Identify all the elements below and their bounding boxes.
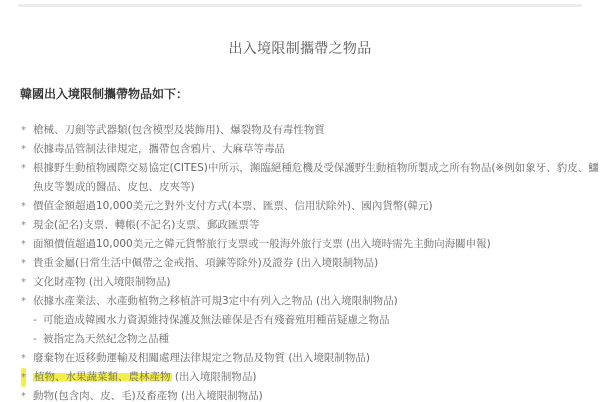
- restricted-items-list: * 槍械、刀劍等武器類(包含模型及裝飾用)、爆裂物及有毒性物質 * 依據毒品管制…: [0, 121, 600, 402]
- sub-item-natural-monument: - 被指定為天然紀念物之品種: [0, 330, 600, 349]
- bullet-icon: *: [21, 387, 26, 402]
- item-text: 依據水產業法、水產動植物之移植許可規3定中有列入之物品 (出入境限制物品): [33, 295, 398, 307]
- bullet-icon: *: [21, 121, 26, 140]
- list-item-narcotics: * 依據毒品管制法律規定，攜帶包含鴉片、大麻草等毒品: [0, 140, 600, 159]
- list-item-cultural-property: * 文化財產物 (出入境限制物品): [0, 273, 600, 292]
- bullet-icon: *: [21, 368, 26, 387]
- item-text: 根據野生動植物國際交易協定(CITES)中所示，瀕臨絕種危機及受保護野生動植物所…: [33, 162, 599, 174]
- item-text: 現金(記名)支票、轉帳(不記名)支票、郵政匯票等: [33, 219, 259, 231]
- item-text: 貴重金屬(日常生活中佩帶之金戒指、項鍊等除外)及證券 (出入境限制物品): [33, 257, 378, 269]
- sub-item-text: 可能造成韓國水力資源維持保護及無法確保是否有殘養殖用種苗疑慮之物品: [43, 314, 390, 326]
- dash-icon: -: [33, 330, 37, 349]
- list-item-weapons: * 槍械、刀劍等武器類(包含模型及裝飾用)、爆裂物及有毒性物質: [0, 121, 600, 140]
- top-divider: [18, 4, 582, 7]
- intro-heading: 韓國出入境限制攜帶物品如下：: [20, 85, 188, 102]
- list-item-foreign-payment: * 價值金額超過10,000美元之對外支付方式(本票、匯票、信用狀除外)、國內貨…: [0, 197, 600, 216]
- sub-item-aquatic-resources: - 可能造成韓國水力資源維持保護及無法確保是否有殘養殖用種苗疑慮之物品: [0, 311, 600, 330]
- list-item-travelers-cheques: * 面額價值超過10,000美元之韓元貨幣旅行支票或一般海外旅行支票 (出入境時…: [0, 235, 600, 254]
- item-text: 文化財產物 (出入境限制物品): [33, 276, 171, 288]
- bullet-icon: *: [21, 197, 26, 216]
- item-text: 廢棄物在返移動運輸及相關處理法律規定之物品及物質 (出入境限制物品): [33, 352, 370, 364]
- item-text: 面額價值超過10,000美元之韓元貨幣旅行支票或一般海外旅行支票 (出入境時需先…: [33, 238, 491, 250]
- bullet-icon: *: [21, 216, 26, 235]
- dash-icon: -: [33, 311, 37, 330]
- list-item-aquatic: * 依據水產業法、水產動植物之移植許可規3定中有列入之物品 (出入境限制物品): [0, 292, 600, 311]
- item-text-suffix: (出入境限制物品): [172, 371, 257, 383]
- list-item-cheques: * 現金(記名)支票、轉帳(不記名)支票、郵政匯票等: [0, 216, 600, 235]
- list-item-waste: * 廢棄物在返移動運輸及相關處理法律規定之物品及物質 (出入境限制物品): [0, 349, 600, 368]
- bullet-icon: *: [21, 349, 26, 368]
- item-text: 動物(包含肉、皮、毛)及畜產物 (出入境限制物品): [33, 390, 263, 402]
- bullet-icon: *: [21, 292, 26, 311]
- bullet-icon: *: [21, 159, 26, 178]
- list-item-plants-highlighted: * 植物、水果蔬菜類、農林產物 (出入境限制物品): [0, 368, 600, 387]
- highlighted-text: 植物、水果蔬菜類、農林產物: [33, 371, 172, 383]
- bullet-icon: *: [21, 254, 26, 273]
- list-item-animals: * 動物(包含肉、皮、毛)及畜產物 (出入境限制物品): [0, 387, 600, 402]
- item-text: 槍械、刀劍等武器類(包含模型及裝飾用)、爆裂物及有毒性物質: [33, 124, 325, 136]
- bullet-icon: *: [21, 235, 26, 254]
- sub-item-text: 被指定為天然紀念物之品種: [43, 333, 169, 345]
- bullet-icon: *: [21, 140, 26, 159]
- bullet-icon: *: [21, 273, 26, 292]
- list-item-precious-metals: * 貴重金屬(日常生活中佩帶之金戒指、項鍊等除外)及證券 (出入境限制物品): [0, 254, 600, 273]
- list-item-cites: * 根據野生動植物國際交易協定(CITES)中所示，瀕臨絕種危機及受保護野生動植…: [0, 159, 600, 197]
- item-text: 依據毒品管制法律規定，攜帶包含鴉片、大麻草等毒品: [33, 143, 285, 155]
- item-text: 價值金額超過10,000美元之對外支付方式(本票、匯票、信用狀除外)、國內貨幣(…: [33, 200, 433, 212]
- page-title: 出入境限制攜帶之物品: [0, 38, 600, 58]
- item-text-continuation: 魚皮等製成的醫品、皮包、皮夾等): [33, 178, 580, 197]
